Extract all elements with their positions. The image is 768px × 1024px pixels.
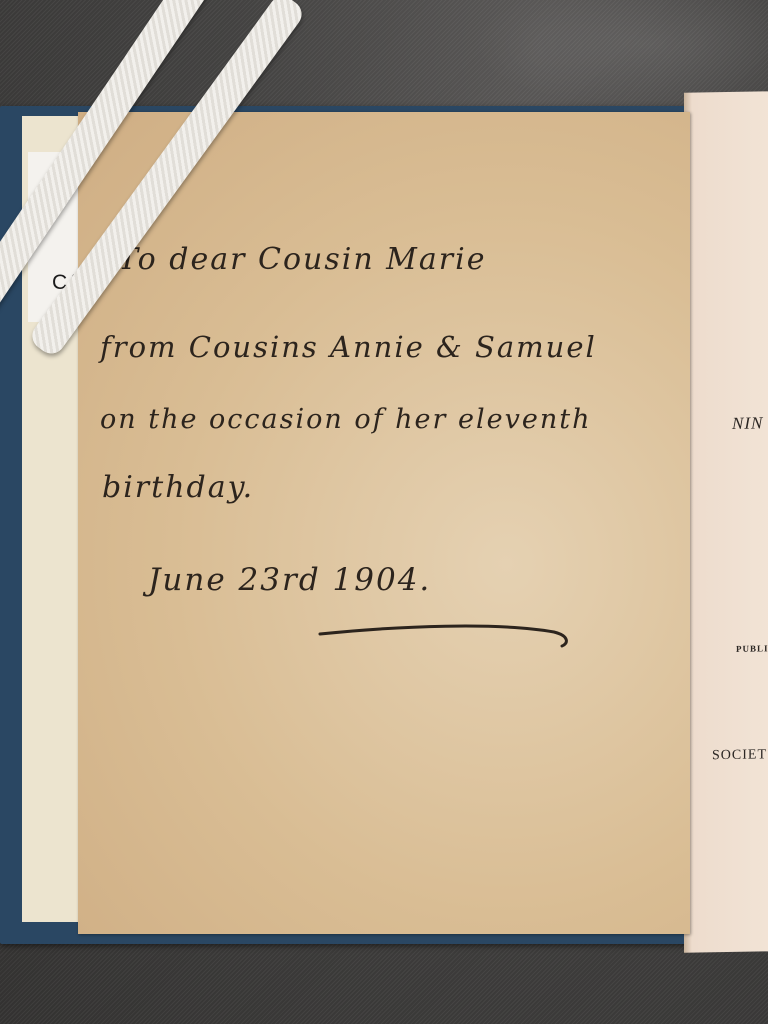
publisher-line: PUBLI <box>736 643 768 654</box>
flyleaf-page: To dear Cousin Marie from Cousins Annie … <box>78 112 690 934</box>
title-line: NIN <box>732 413 763 434</box>
inscription-line: from Cousins Annie & Samuel <box>100 330 597 364</box>
inscription-line: To dear Cousin Marie <box>118 242 486 277</box>
signature-flourish <box>318 622 578 652</box>
title-page: NIN PUBLI SOCIET <box>684 91 768 953</box>
inscription-date: June 23rd 1904. <box>148 562 431 598</box>
inscription-line: birthday. <box>102 470 254 505</box>
society-line: SOCIET <box>712 747 767 764</box>
inscription-line: on the occasion of her eleventh <box>100 404 591 435</box>
